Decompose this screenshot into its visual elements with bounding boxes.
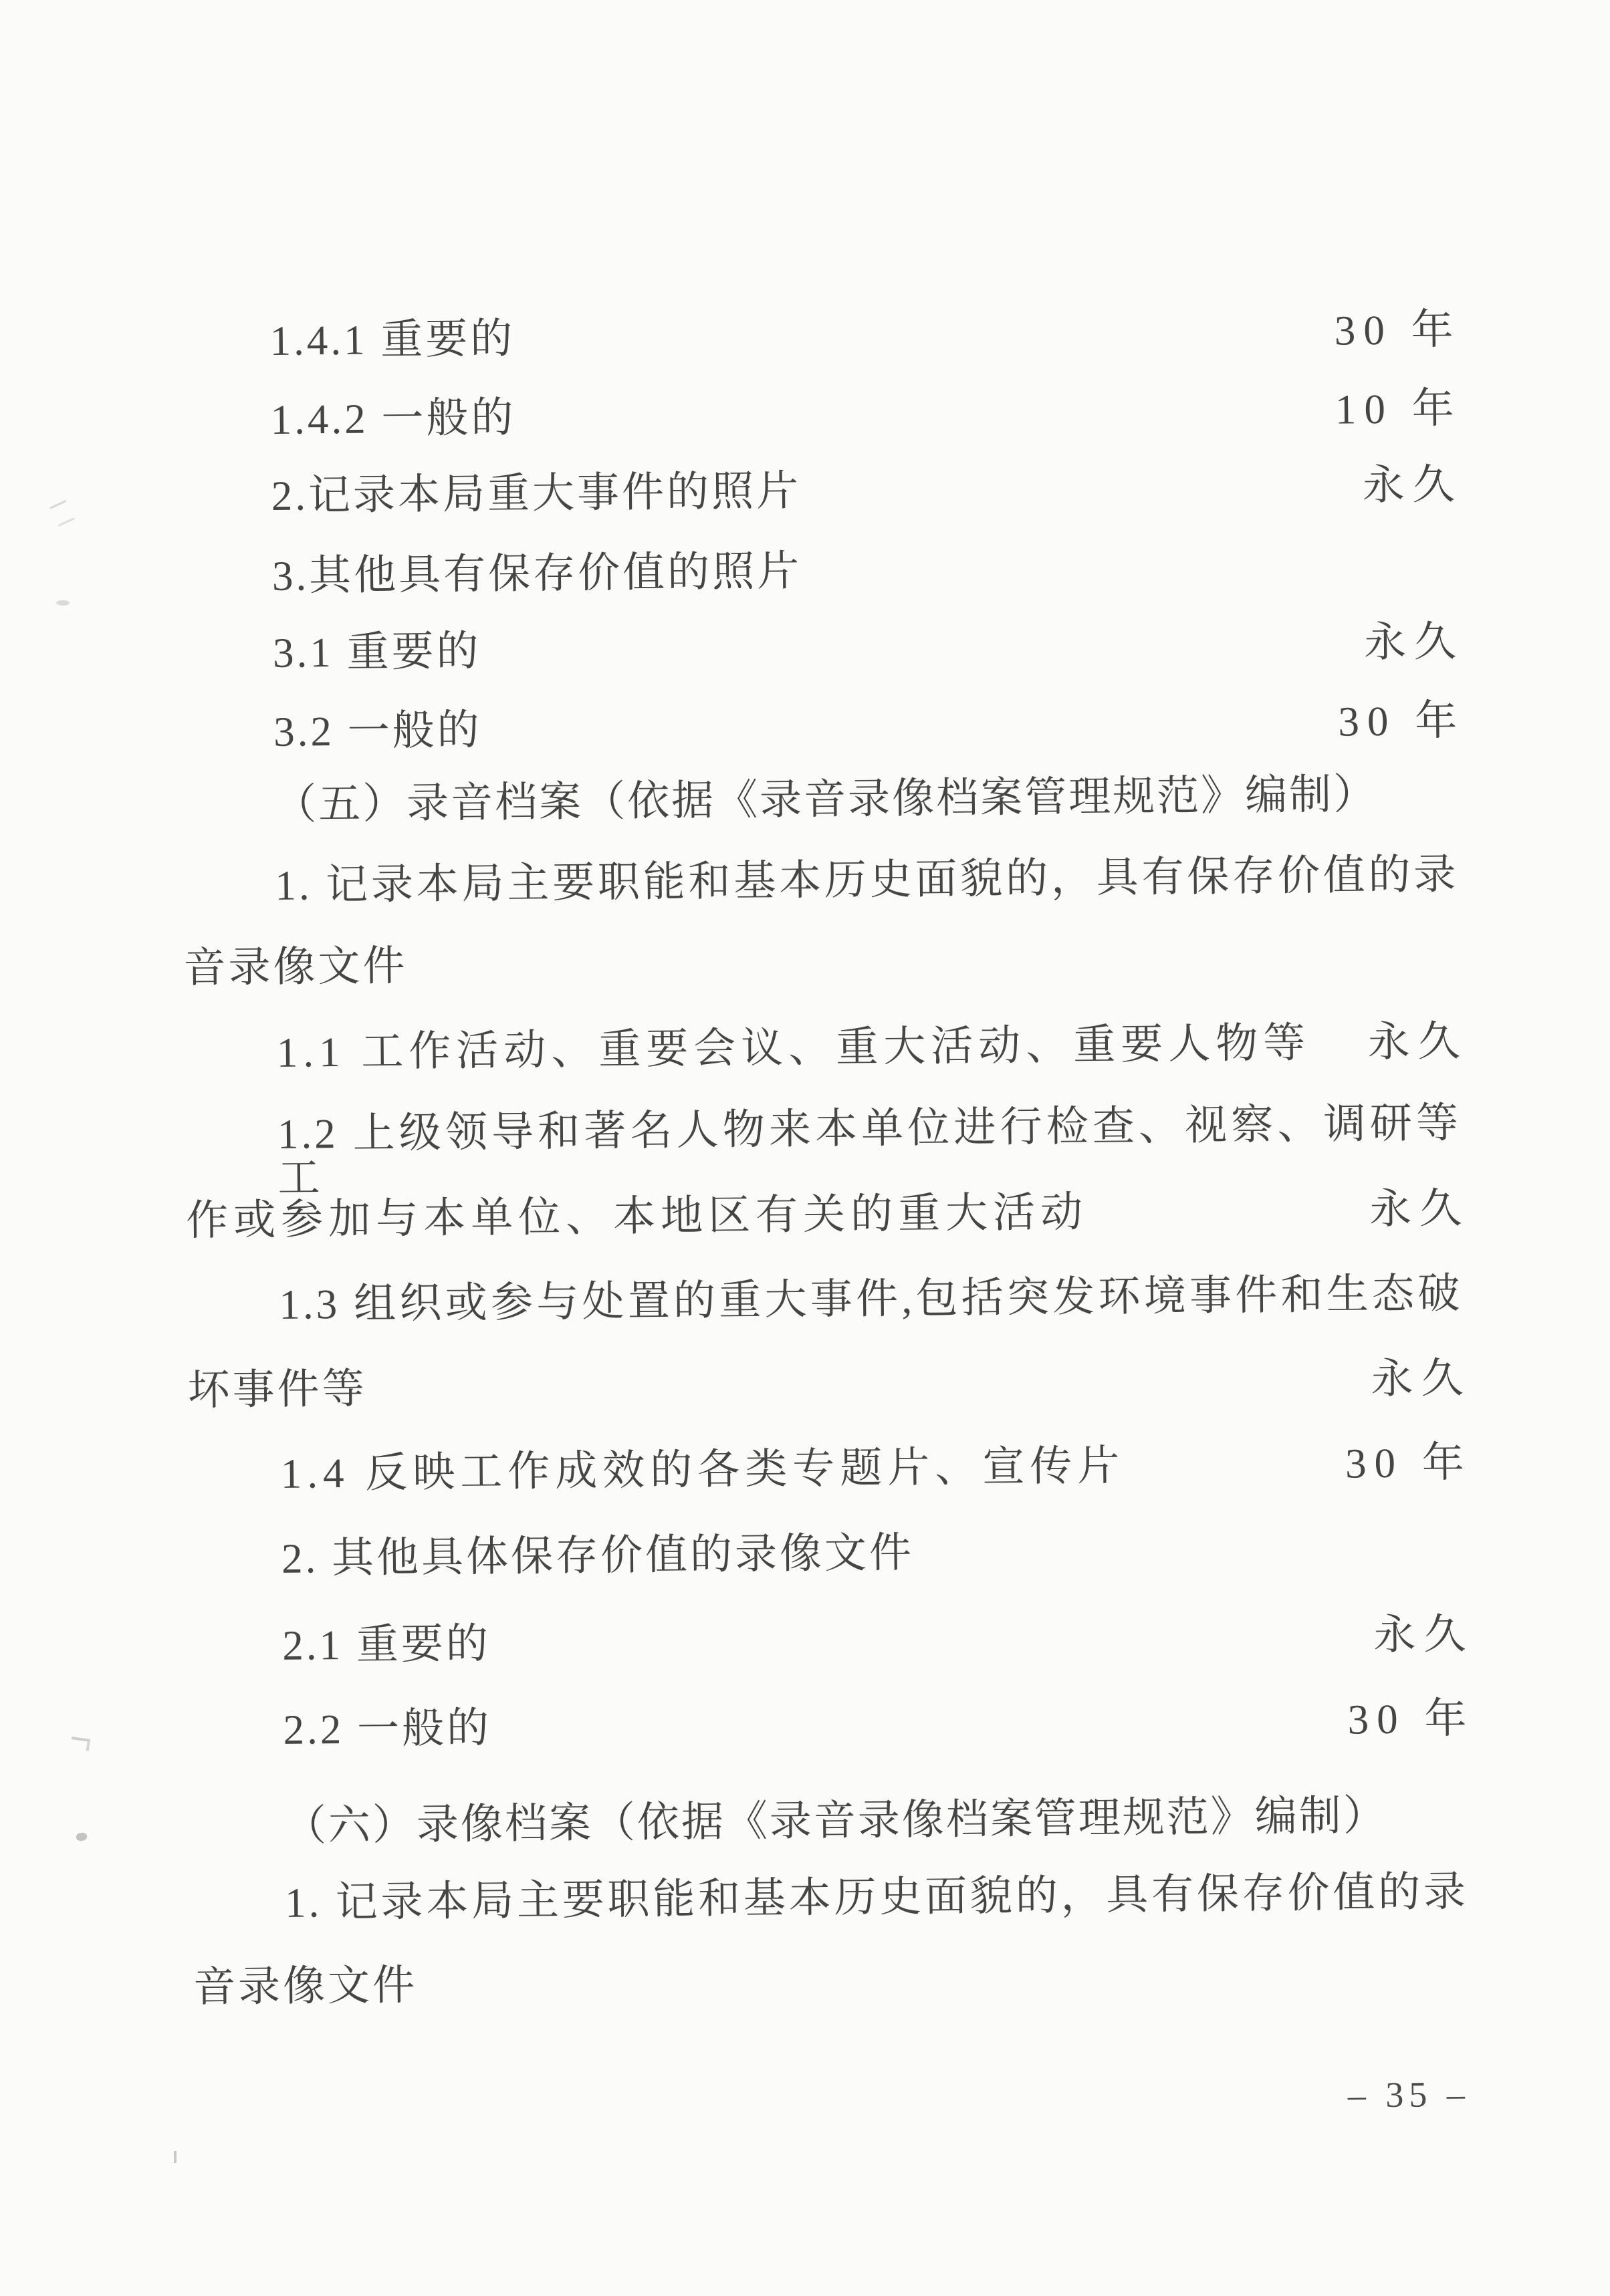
retention-period: 永久 [1373, 1612, 1474, 1658]
schedule-row: 3.1 重要的永久 [181, 620, 1457, 689]
item-text: 坏事件等 [187, 1367, 367, 1413]
item-text: 1.2 上级领导和著名人物来本单位进行检查、视察、调研等工 [277, 1101, 1462, 1200]
retention-period: 10 年 [1335, 386, 1462, 432]
schedule-row: 3.其他具有保存价值的照片 [180, 543, 1456, 612]
item-text: 1. 记录本局主要职能和基本历史面貌的，具有保存价值的录 [285, 1870, 1469, 1925]
schedule-row: 1.4.2 一般的10 年 [178, 386, 1454, 456]
item-text: 1. 记录本局主要职能和基本历史面貌的，具有保存价值的录 [275, 852, 1459, 908]
schedule-row: 1.4 反映工作成效的各类专题片、宣传片30 年 [189, 1440, 1465, 1510]
retention-schedule: – 35 – 1.4.1 重要的30 年1.4.2 一般的10 年2.记录本局重… [0, 0, 1610, 2296]
schedule-row: （五）录音档案（依据《录音录像档案管理规范》编制） [182, 771, 1458, 841]
schedule-row: 2.1 重要的永久 [190, 1612, 1466, 1682]
schedule-row: 3.2 一般的30 年 [181, 698, 1458, 768]
item-text: 1.1 工作活动、重要会议、重大活动、重要人物等 [276, 1021, 1310, 1075]
item-text: 1.4.2 一般的 [270, 395, 515, 442]
retention-period: 30 年 [1347, 1696, 1474, 1742]
retention-period: 永久 [1369, 1186, 1470, 1232]
item-text: 2.记录本局重大事件的照片 [271, 469, 801, 518]
item-text: 3.其他具有保存价值的照片 [272, 549, 802, 598]
schedule-row: 坏事件等永久 [187, 1356, 1464, 1426]
retention-period: 永久 [1367, 1019, 1468, 1065]
retention-period: 永久 [1362, 463, 1463, 508]
schedule-row: 作或参加与本单位、本地区有关的重大活动永久 [186, 1186, 1462, 1256]
schedule-row: 1.2 上级领导和著名人物来本单位进行检查、视察、调研等工 [185, 1101, 1462, 1170]
schedule-row: 1.4.1 重要的30 年 [177, 307, 1454, 377]
item-text: 作或参加与本单位、本地区有关的重大活动 [186, 1190, 1088, 1243]
scanned-document-page: – 35 – 1.4.1 重要的30 年1.4.2 一般的10 年2.记录本局重… [0, 0, 1610, 2296]
item-text: 1.4.1 重要的 [269, 316, 515, 363]
retention-period: 永久 [1364, 620, 1465, 665]
schedule-row: 1. 记录本局主要职能和基本历史面貌的，具有保存价值的录 [183, 852, 1459, 922]
item-text: 1.4 反映工作成效的各类专题片、宣传片 [281, 1444, 1125, 1496]
schedule-row: （六）录像档案（依据《录音录像档案管理规范》编制） [192, 1793, 1468, 1862]
item-text: 2.2 一般的 [283, 1706, 491, 1752]
schedule-row: 1. 记录本局主要职能和基本历史面貌的，具有保存价值的录 [193, 1870, 1469, 1939]
schedule-row: 2.2 一般的30 年 [191, 1696, 1467, 1766]
page-number: – 35 – [1348, 2073, 1471, 2116]
retention-period: 永久 [1371, 1356, 1472, 1402]
schedule-row: 1.3 组织或参与处置的重大事件,包括突发环境事件和生态破 [187, 1271, 1463, 1341]
schedule-row: 音录像文件 [183, 934, 1460, 1003]
retention-period: 30 年 [1334, 307, 1461, 353]
item-text: （五）录音档案（依据《录音录像档案管理规范》编制） [274, 772, 1378, 827]
item-text: 1.3 组织或参与处置的重大事件,包括突发环境事件和生态破 [279, 1271, 1463, 1327]
schedule-row: 2. 其他具体保存价值的录像文件 [189, 1525, 1466, 1595]
item-text: 音录像文件 [183, 944, 408, 990]
schedule-row: 2.记录本局重大事件的照片永久 [179, 463, 1455, 532]
schedule-row: 1.1 工作活动、重要会议、重大活动、重要人物等永久 [184, 1019, 1460, 1089]
retention-period: 30 年 [1345, 1440, 1472, 1486]
item-text: 3.1 重要的 [273, 629, 481, 675]
item-text: 3.2 一般的 [273, 708, 482, 754]
retention-period: 30 年 [1338, 698, 1465, 744]
schedule-row: 音录像文件 [193, 1953, 1470, 2023]
item-text: 音录像文件 [193, 1963, 418, 2009]
item-text: 2.1 重要的 [282, 1622, 491, 1668]
item-text: 2. 其他具体保存价值的录像文件 [281, 1531, 915, 1581]
item-text: （六）录像档案（依据《录音录像档案管理规范》编制） [284, 1793, 1388, 1848]
